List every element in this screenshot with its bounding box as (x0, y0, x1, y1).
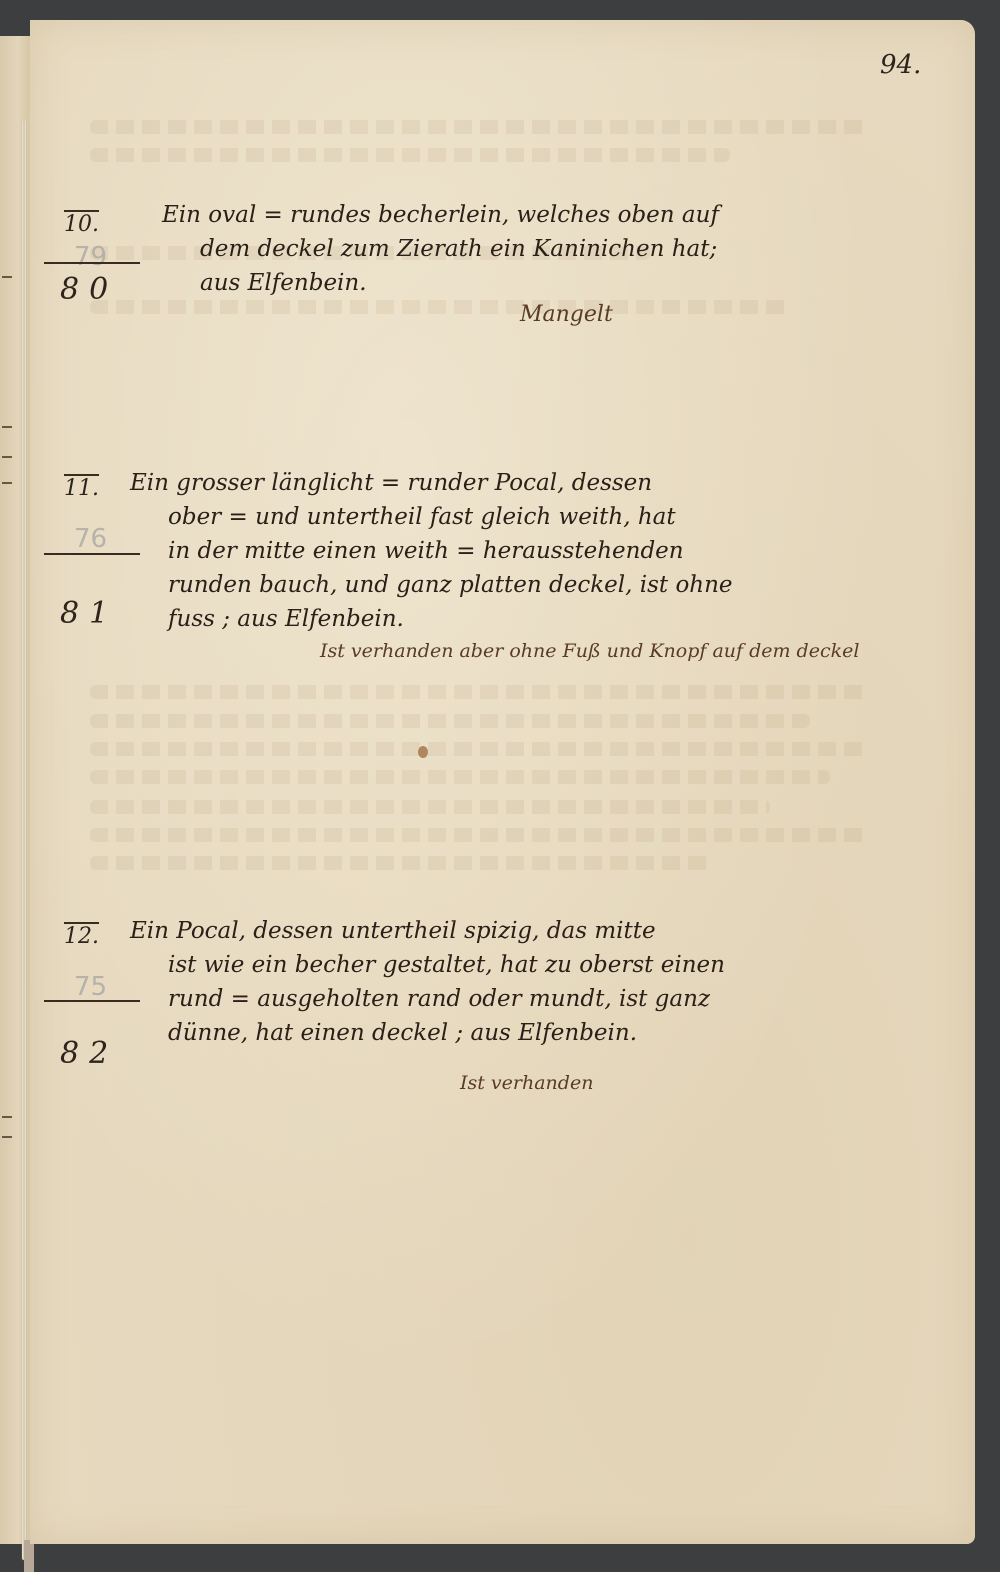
description-line: fuss ; aus Elfenbein. (130, 602, 920, 636)
strike-line (44, 1000, 140, 1002)
description-line: ist wie ein becher gestaltet, hat zu obe… (130, 948, 920, 982)
old-pencil-number: 79 (74, 242, 107, 272)
ink-stain (418, 746, 428, 758)
status-annotation: Ist verhanden (460, 1072, 593, 1094)
bleed-mark (2, 276, 12, 278)
item-description: Ein grosser länglicht = runder Pocal, de… (130, 466, 920, 636)
bleed-through (90, 685, 870, 699)
bleed-through (90, 120, 870, 134)
page-number: 94. (880, 50, 921, 80)
old-pencil-number: 75 (74, 972, 107, 1002)
binding-thread (22, 120, 26, 1560)
bleed-through (90, 800, 770, 814)
previous-page-edge (0, 36, 31, 1544)
description-line: Ein oval = rundes becherlein, welches ob… (162, 198, 952, 232)
bleed-mark (2, 1116, 12, 1118)
strike-line (44, 262, 140, 264)
bleed-through (90, 300, 790, 314)
description-line: dünne, hat einen deckel ; aus Elfenbein. (130, 1016, 920, 1050)
item-number: 10. (64, 210, 99, 236)
description-line: Ein Pocal, dessen untertheil spizig, das… (130, 914, 920, 948)
new-number: 81 (60, 596, 118, 631)
old-pencil-number: 76 (74, 524, 107, 554)
description-line: runden bauch, und ganz platten deckel, i… (130, 568, 920, 602)
bleed-through (90, 828, 870, 842)
new-number: 82 (60, 1036, 118, 1071)
description-line: aus Elfenbein. (162, 266, 952, 300)
description-line: rund = ausgeholten rand oder mundt, ist … (130, 982, 920, 1016)
bleed-mark (2, 1136, 12, 1138)
item-number: 11. (64, 474, 99, 500)
manuscript-scan: 94. 10. 79 80 Ein oval = rundes becherle… (0, 0, 1000, 1572)
bleed-through (90, 856, 710, 870)
status-annotation: Mangelt (520, 302, 613, 327)
item-description: Ein oval = rundes becherlein, welches ob… (162, 198, 952, 300)
description-line: ober = und untertheil fast gleich weith,… (130, 500, 920, 534)
manuscript-page: 94. 10. 79 80 Ein oval = rundes becherle… (30, 20, 975, 1544)
status-annotation: Ist verhanden aber ohne Fuß und Knopf au… (320, 640, 859, 662)
bleed-through (90, 148, 730, 162)
description-line: dem deckel zum Zierath ein Kaninichen ha… (162, 232, 952, 266)
bleed-through (90, 742, 870, 756)
strike-line (44, 553, 140, 555)
description-line: in der mitte einen weith = herausstehend… (130, 534, 920, 568)
item-number: 12. (64, 922, 99, 948)
bleed-mark (2, 482, 12, 484)
bleed-through (90, 770, 830, 784)
binding-stub (24, 1540, 34, 1572)
bleed-mark (2, 456, 12, 458)
bleed-through (90, 714, 810, 728)
item-description: Ein Pocal, dessen untertheil spizig, das… (130, 914, 920, 1050)
new-number: 80 (60, 272, 118, 307)
description-line: Ein grosser länglicht = runder Pocal, de… (130, 466, 920, 500)
bleed-mark (2, 426, 12, 428)
